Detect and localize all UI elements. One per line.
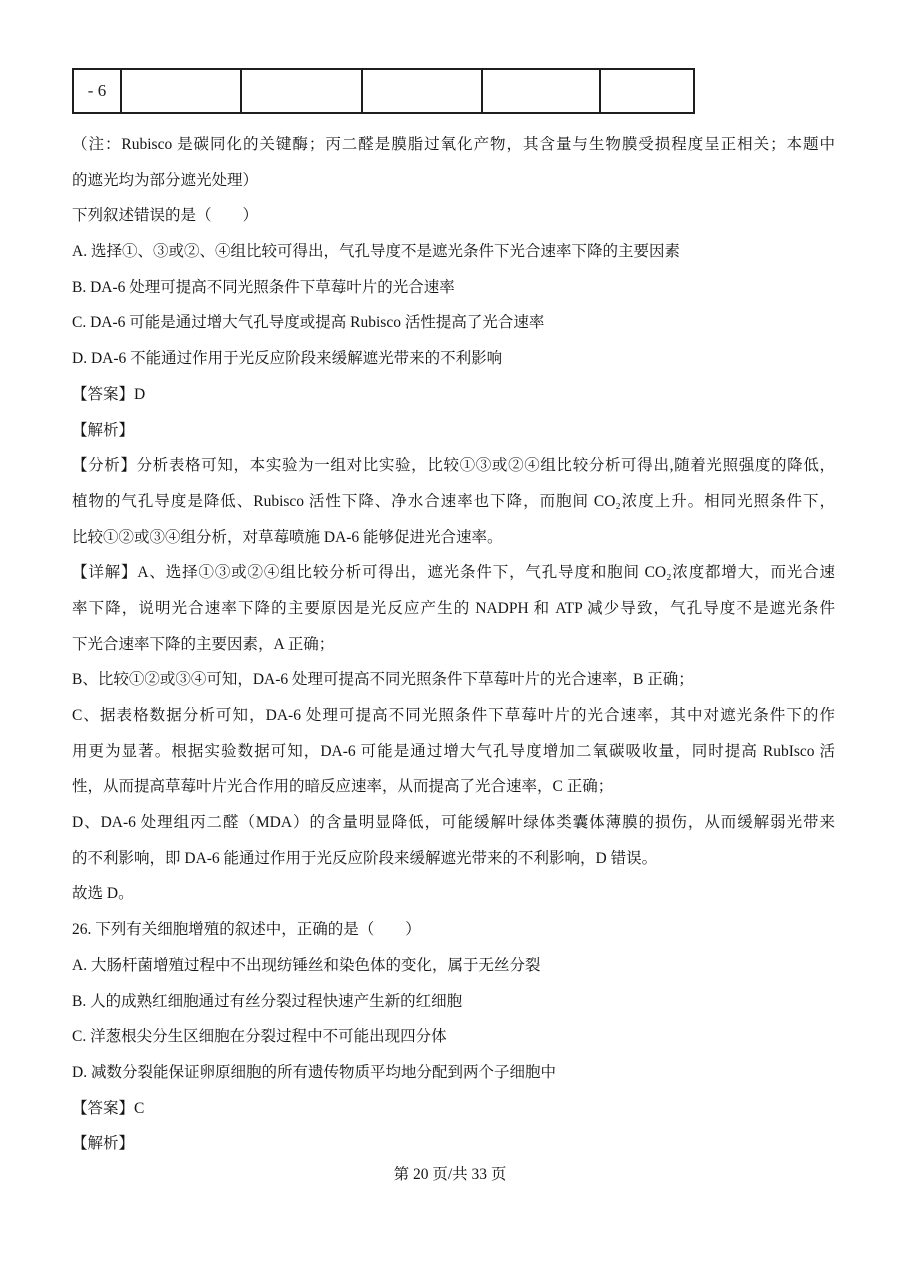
text-line: 用更为显著。根据实验数据可知，DA-6 可能是通过增大气孔导度增加二氧碳吸收量，… xyxy=(72,734,835,770)
text-line: 的不利影响，即 DA-6 能通过作用于光反应阶段来缓解遮光带来的不利影响，D 错… xyxy=(72,841,835,877)
text-line: B、比较①②或③④可知，DA-6 处理可提高不同光照条件下草莓叶片的光合速率，B… xyxy=(72,662,835,698)
text-line: D、DA-6 处理组丙二醛（MDA）的含量明显降低，可能缓解叶绿体类囊体薄膜的损… xyxy=(72,805,835,841)
text-line: （注：Rubisco 是碳同化的关键酶；丙二醛是膜脂过氧化产物，其含量与生物膜受… xyxy=(72,127,835,163)
table-cell xyxy=(363,70,483,112)
text-line: 下列叙述错误的是（ ） xyxy=(72,198,835,234)
text-line: D. DA-6 不能通过作用于光反应阶段来缓解遮光带来的不利影响 xyxy=(72,341,835,377)
table-cell xyxy=(483,70,601,112)
text-line: C、据表格数据分析可知，DA-6 处理可提高不同光照条件下草莓叶片的光合速率，其… xyxy=(72,698,835,734)
text-line: 性，从而提高草莓叶片光合作用的暗反应速率，从而提高了光合速率，C 正确； xyxy=(72,769,835,805)
text-line: D. 减数分裂能保证卵原细胞的所有遗传物质平均地分配到两个子细胞中 xyxy=(72,1055,835,1091)
text-line: 【答案】D xyxy=(72,377,835,413)
table-cell: - 6 xyxy=(74,70,122,112)
text-line: C. 洋葱根尖分生区细胞在分裂过程中不可能出现四分体 xyxy=(72,1019,835,1055)
text-line: 下光合速率下降的主要因素，A 正确； xyxy=(72,627,835,663)
text-line: 【解析】 xyxy=(72,413,835,449)
document-page: - 6 （注：Rubisco 是碳同化的关键酶；丙二醛是膜脂过氧化产物，其含量与… xyxy=(0,0,900,1273)
page-content: - 6 （注：Rubisco 是碳同化的关键酶；丙二醛是膜脂过氧化产物，其含量与… xyxy=(72,68,835,1162)
text-line: 【解析】 xyxy=(72,1126,835,1162)
text-line: B. 人的成熟红细胞通过有丝分裂过程快速产生新的红细胞 xyxy=(72,984,835,1020)
text-line: 26. 下列有关细胞增殖的叙述中，正确的是（ ） xyxy=(72,912,835,948)
text-line: 植物的气孔导度是降低、Rubisco 活性下降、净水合速率也下降，而胞间 CO₂… xyxy=(72,484,835,520)
text-line: B. DA-6 处理可提高不同光照条件下草莓叶片的光合速率 xyxy=(72,270,835,306)
text-line: 的遮光均为部分遮光处理） xyxy=(72,163,835,199)
text-line: A. 大肠杆菌增殖过程中不出现纺锤丝和染色体的变化，属于无丝分裂 xyxy=(72,948,835,984)
text-line: 【分析】分析表格可知，本实验为一组对比实验，比较①③或②④组比较分析可得出,随着… xyxy=(72,448,835,484)
page-number-footer: 第 20 页/共 33 页 xyxy=(0,1162,900,1184)
text-line: 【详解】A、选择①③或②④组比较分析可得出，遮光条件下，气孔导度和胞间 CO₂浓… xyxy=(72,555,835,591)
text-line: C. DA-6 可能是通过增大气孔导度或提高 Rubisco 活性提高了光合速率 xyxy=(72,305,835,341)
document-body: （注：Rubisco 是碳同化的关键酶；丙二醛是膜脂过氧化产物，其含量与生物膜受… xyxy=(72,127,835,1162)
table-cell xyxy=(242,70,363,112)
table-cell xyxy=(601,70,693,112)
data-table-fragment: - 6 xyxy=(72,68,695,114)
text-line: 比较①②或③④组分析，对草莓喷施 DA-6 能够促进光合速率。 xyxy=(72,520,835,556)
text-line: 故选 D。 xyxy=(72,876,835,912)
text-line: A. 选择①、③或②、④组比较可得出，气孔导度不是遮光条件下光合速率下降的主要因… xyxy=(72,234,835,270)
text-line: 【答案】C xyxy=(72,1091,835,1127)
text-line: 率下降，说明光合速率下降的主要原因是光反应产生的 NADPH 和 ATP 减少导… xyxy=(72,591,835,627)
table-cell xyxy=(122,70,242,112)
